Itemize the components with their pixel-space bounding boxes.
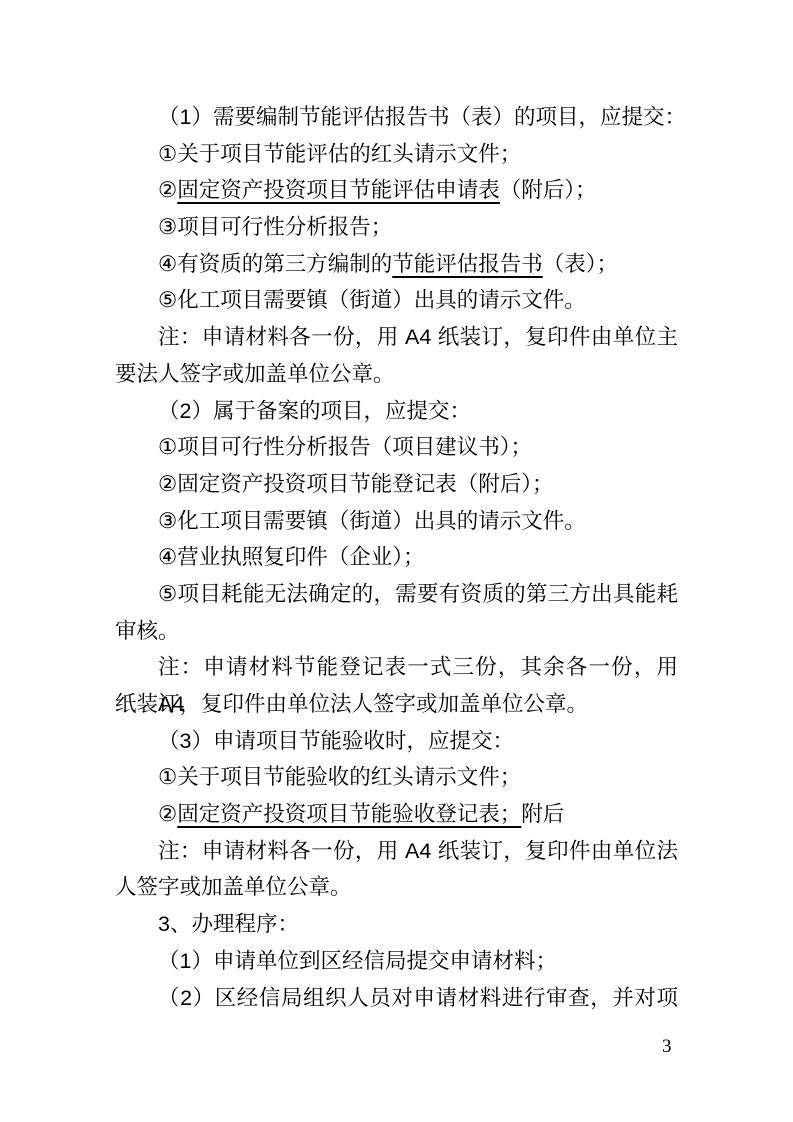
text-segment: 3、办理程序：	[158, 912, 299, 936]
text-segment: ③项目可行性分析报告；	[158, 215, 392, 239]
text-line: （2）属于备案的项目，应提交：	[115, 393, 678, 430]
text-segment: 人签字或加盖单位公章。	[115, 875, 352, 899]
text-line: 3、办理程序：	[115, 906, 678, 943]
document-page: （1）需要编制节能评估报告书（表）的项目，应提交：①关于项目节能评估的红头请示文…	[0, 0, 793, 1122]
text-line: ①关于项目节能评估的红头请示文件；	[115, 136, 678, 173]
text-line: 注：申请材料各一份，用 A4 纸装订，复印件由单位主	[115, 319, 678, 356]
text-line: ②固定资产投资项目节能验收登记表；附后	[115, 796, 678, 833]
text-segment: 注：申请材料各一份，用 A4 纸装订，复印件由单位法	[158, 839, 678, 863]
text-line: ③项目可行性分析报告；	[115, 209, 678, 246]
page-number: 3	[662, 1036, 692, 1058]
text-segment: 附后	[521, 802, 564, 826]
text-segment: （1）申请单位到区经信局提交申请材料；	[158, 949, 557, 973]
text-segment: 注：申请材料各一份，用 A4 纸装订，复印件由单位主	[158, 325, 678, 349]
text-segment: ①关于项目节能评估的红头请示文件；	[158, 142, 521, 166]
text-segment: ①项目可行性分析报告（项目建议书）；	[158, 435, 532, 459]
text-line: 要法人签字或加盖单位公章。	[115, 356, 678, 393]
text-segment: （3）申请项目节能验收时，应提交：	[158, 729, 514, 753]
text-line: 审核。	[115, 613, 678, 650]
text-line: ⑤化工项目需要镇（街道）出具的请示文件。	[115, 282, 678, 319]
text-segment: ②	[158, 178, 177, 202]
text-line: ⑤项目耗能无法确定的，需要有资质的第三方出具能耗	[115, 576, 678, 613]
text-segment: ⑤项目耗能无法确定的，需要有资质的第三方出具能耗	[158, 582, 678, 606]
text-line: 注：申请材料各一份，用 A4 纸装订，复印件由单位法	[115, 833, 678, 870]
text-segment: （2）属于备案的项目，应提交：	[158, 399, 471, 423]
text-segment: ②	[158, 802, 177, 826]
text-segment: （附后）；	[500, 178, 597, 202]
text-line: （3）申请项目节能验收时，应提交：	[115, 723, 678, 760]
text-line: ②固定资产投资项目节能登记表（附后）；	[115, 466, 678, 503]
text-segment: 纸装订，复印件由单位法人签字或加盖单位公章。	[115, 692, 588, 716]
text-segment: ④有资质的第三方编制的	[158, 252, 392, 276]
text-segment: ①关于项目节能验收的红头请示文件；	[158, 765, 521, 789]
text-line: 注：申请材料节能登记表一式三份，其余各一份，用 A4	[115, 649, 678, 686]
text-line: ④有资质的第三方编制的节能评估报告书（表）；	[115, 246, 678, 283]
text-line: ①项目可行性分析报告（项目建议书）；	[115, 429, 678, 466]
text-segment: ⑤化工项目需要镇（街道）出具的请示文件。	[158, 288, 586, 312]
text-segment: （表）；	[543, 252, 618, 276]
text-segment: （1）需要编制节能评估报告书（表）的项目，应提交：	[158, 105, 686, 129]
text-segment: 要法人签字或加盖单位公章。	[115, 362, 395, 386]
text-line: ②固定资产投资项目节能评估申请表（附后）；	[115, 172, 678, 209]
document-body: （1）需要编制节能评估报告书（表）的项目，应提交：①关于项目节能评估的红头请示文…	[115, 99, 678, 1016]
text-line: （2）区经信局组织人员对申请材料进行审查，并对项	[115, 980, 678, 1017]
text-segment: ④营业执照复印件（企业）；	[158, 545, 425, 569]
underlined-text: 固定资产投资项目节能验收登记表；	[177, 802, 521, 826]
text-line: ①关于项目节能验收的红头请示文件；	[115, 759, 678, 796]
text-line: ③化工项目需要镇（街道）出具的请示文件。	[115, 503, 678, 540]
text-line: ④营业执照复印件（企业）；	[115, 539, 678, 576]
underlined-text: 固定资产投资项目节能评估申请表	[177, 178, 500, 202]
text-segment: ③化工项目需要镇（街道）出具的请示文件。	[158, 509, 586, 533]
text-segment: ②固定资产投资项目节能登记表（附后）；	[158, 472, 554, 496]
text-line: 纸装订，复印件由单位法人签字或加盖单位公章。	[115, 686, 678, 723]
underlined-text: 节能评估报告书	[392, 252, 543, 276]
text-segment: （2）区经信局组织人员对申请材料进行审查，并对项	[158, 986, 678, 1010]
text-line: （1）申请单位到区经信局提交申请材料；	[115, 943, 678, 980]
text-segment: 审核。	[115, 619, 180, 643]
text-line: 人签字或加盖单位公章。	[115, 869, 678, 906]
text-line: （1）需要编制节能评估报告书（表）的项目，应提交：	[115, 99, 678, 136]
